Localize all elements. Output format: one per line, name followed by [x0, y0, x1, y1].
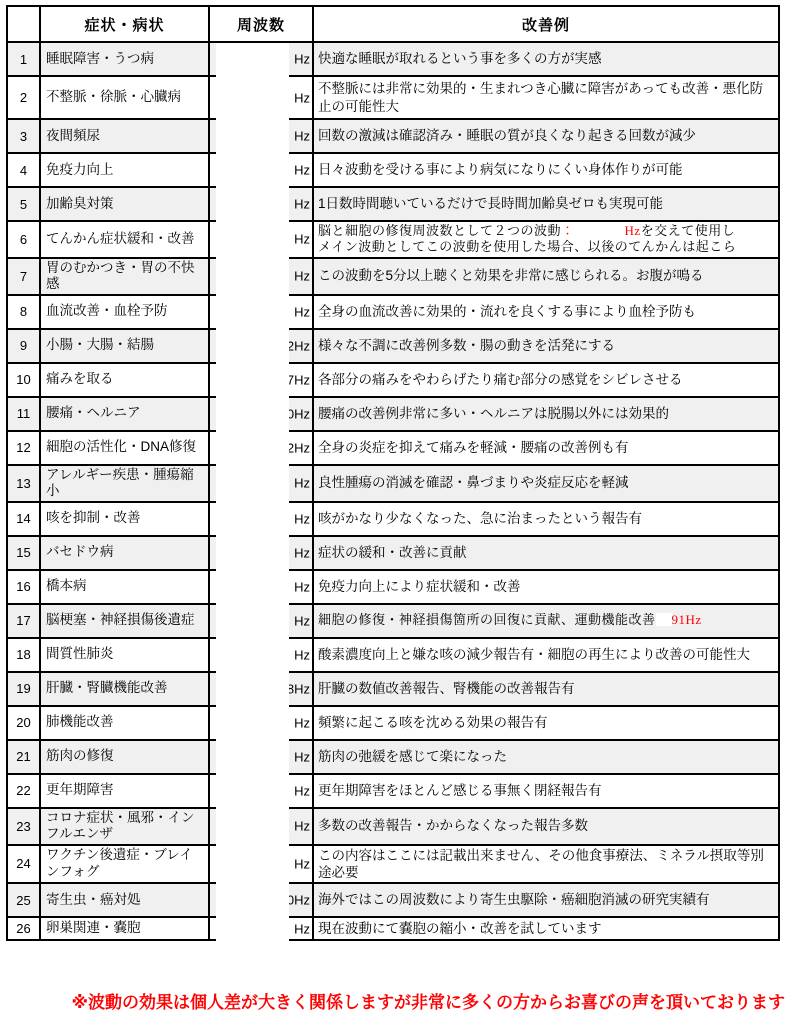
table-row: 21 筋肉の修復 Hz 筋肉の弛緩を感じて楽になった	[7, 740, 779, 774]
symptom-cell: 橋本病	[40, 570, 209, 604]
improvement-cell: この波動を5分以上聴くと効果を非常に感じられる。お腹が鳴る	[313, 258, 779, 295]
row-number: 1	[7, 42, 40, 76]
symptom-cell: 小腸・大腸・結腸	[40, 329, 209, 363]
table-row: 15 バセドウ病 7 Hz 症状の緩和・改善に貢献	[7, 536, 779, 570]
table-row: 3 夜間頻尿 Hz 回数の激減は確認済み・睡眠の質が良くなり起きる回数が減少	[7, 119, 779, 153]
row-number: 16	[7, 570, 40, 604]
frequency-fragment-right: Hz	[294, 921, 310, 936]
improvement-cell: 筋肉の弛緩を感じて楽になった	[313, 740, 779, 774]
frequency-fragment-right: Hz	[294, 613, 310, 628]
symptom-cell: てんかん症状緩和・改善	[40, 221, 209, 258]
table-body: 1 睡眠障害・うつ病 Hz 快適な睡眠が取れるという事を多くの方が実感 2 不整…	[7, 42, 779, 940]
improvement-cell: 症状の緩和・改善に貢献	[313, 536, 779, 570]
frequency-fragment-right: Hz	[294, 197, 310, 212]
symptom-cell: コロナ症状・風邪・インフルエンザ	[40, 808, 209, 845]
symptom-cell: 痛みを取る	[40, 363, 209, 397]
row-number: 11	[7, 397, 40, 431]
table-row: 26 卵巣関連・嚢胞 Hz 現在波動にて嚢胞の縮小・改善を試しています	[7, 917, 779, 940]
table-row: 18 間質性肺炎 5 Hz 酸素濃度向上と嫌な咳の減少報告有・細胞の再生により改…	[7, 638, 779, 672]
table-row: 11 腰痛・ヘルニア 5 0Hz 腰痛の改善例非常に多い・ヘルニアは脱腸以外には…	[7, 397, 779, 431]
row-number: 18	[7, 638, 40, 672]
row-number: 25	[7, 883, 40, 917]
improvement-text-red: Hz	[625, 223, 641, 238]
improvement-text-red: 91Hz	[672, 612, 702, 627]
table-row: 24 ワクチン後遺症・ブレインフォグ Hz この内容はここには記載出来ません、そ…	[7, 845, 779, 884]
header-symptom: 症状・病状	[40, 6, 209, 42]
row-number: 26	[7, 917, 40, 940]
symptom-cell: 咳を抑制・改善	[40, 502, 209, 536]
symptom-cell: 更年期障害	[40, 774, 209, 808]
row-number: 20	[7, 706, 40, 740]
row-number: 13	[7, 465, 40, 502]
redacted-gap	[575, 224, 625, 237]
improvement-cell: 酸素濃度向上と嫌な咳の減少報告有・細胞の再生により改善の可能性大	[313, 638, 779, 672]
table-row: 9 小腸・大腸・結腸 2Hz 様々な不調に改善例多数・腸の動きを活発にする	[7, 329, 779, 363]
table-row: 6 てんかん症状緩和・改善 Hz 脳と細胞の修復周波数として２つの波動：Hzを交…	[7, 221, 779, 258]
improvement-cell: 現在波動にて嚢胞の縮小・改善を試しています	[313, 917, 779, 940]
row-number: 17	[7, 604, 40, 638]
symptom-cell: 胃のむかつき・胃の不快感	[40, 258, 209, 295]
frequency-fragment-right: 2Hz	[287, 440, 310, 455]
table-row: 25 寄生虫・癌対処 0Hz 海外ではこの周波数により寄生虫駆除・癌細胞消滅の研…	[7, 883, 779, 917]
row-number: 5	[7, 187, 40, 221]
symptom-cell: 卵巣関連・嚢胞	[40, 917, 209, 940]
row-number: 23	[7, 808, 40, 845]
symptom-cell: 不整脈・徐脈・心臓病	[40, 76, 209, 119]
improvement-cell: 肝臓の数値改善報告、腎機能の改善報告有	[313, 672, 779, 706]
improvement-cell: 腰痛の改善例非常に多い・ヘルニアは脱腸以外には効果的	[313, 397, 779, 431]
symptom-cell: 肺機能改善	[40, 706, 209, 740]
row-number: 14	[7, 502, 40, 536]
symptom-cell: 細胞の活性化・DNA修復	[40, 431, 209, 465]
table-row: 12 細胞の活性化・DNA修復 2Hz 全身の炎症を抑えて痛みを軽減・腰痛の改善…	[7, 431, 779, 465]
row-number: 19	[7, 672, 40, 706]
table-row: 5 加齢臭対策 Hz 1日数時間聴いているだけで長時間加齢臭ゼロも実現可能	[7, 187, 779, 221]
header-row: 症状・病状 周波数 改善例	[7, 6, 779, 42]
row-number: 15	[7, 536, 40, 570]
frequency-fragment-right: 2Hz	[287, 338, 310, 353]
symptom-cell: 筋肉の修復	[40, 740, 209, 774]
header-improvement: 改善例	[313, 6, 779, 42]
row-number: 7	[7, 258, 40, 295]
symptom-cell: 肝臓・腎臓機能改善	[40, 672, 209, 706]
symptom-cell: 腰痛・ヘルニア	[40, 397, 209, 431]
improvement-cell: 良性腫瘍の消滅を確認・鼻づまりや炎症反応を軽減	[313, 465, 779, 502]
improvement-cell: 細胞の修復・神経損傷箇所の回復に貢献、運動機能改善91Hz	[313, 604, 779, 638]
improvement-cell: 全身の炎症を抑えて痛みを軽減・腰痛の改善例も有	[313, 431, 779, 465]
row-number: 22	[7, 774, 40, 808]
frequency-redaction-mask	[216, 43, 289, 981]
table-row: 19 肝臓・腎臓機能改善 8Hz 肝臓の数値改善報告、腎機能の改善報告有	[7, 672, 779, 706]
improvement-cell: 免疫力向上により症状緩和・改善	[313, 570, 779, 604]
table-row: 23 コロナ症状・風邪・インフルエンザ Hz 多数の改善報告・かからなくなった報…	[7, 808, 779, 845]
frequency-fragment-right: 0Hz	[287, 893, 310, 908]
frequency-fragment-right: Hz	[294, 819, 310, 834]
row-number: 3	[7, 119, 40, 153]
frequency-fragment-right: Hz	[294, 749, 310, 764]
table-row: 7 胃のむかつき・胃の不快感 Hz この波動を5分以上聴くと効果を非常に感じられ…	[7, 258, 779, 295]
improvement-cell: この内容はここには記載出来ません、その他食事療法、ミネラル摂取等別途必要	[313, 845, 779, 884]
improvement-cell: 各部分の痛みをやわらげたり痛む部分の感覚をシビレさせる	[313, 363, 779, 397]
table-row: 4 免疫力向上 Hz 日々波動を受ける事により病気になりにくい身体作りが可能	[7, 153, 779, 187]
frequency-fragment-right: 0Hz	[287, 406, 310, 421]
improvement-cell: 日々波動を受ける事により病気になりにくい身体作りが可能	[313, 153, 779, 187]
header-frequency: 周波数	[209, 6, 313, 42]
table-row: 1 睡眠障害・うつ病 Hz 快適な睡眠が取れるという事を多くの方が実感	[7, 42, 779, 76]
symptom-cell: 血流改善・血栓予防	[40, 295, 209, 329]
table-row: 17 脳梗塞・神経損傷後遺症 2 Hz 細胞の修復・神経損傷箇所の回復に貢献、運…	[7, 604, 779, 638]
improvement-cell: 脳と細胞の修復周波数として２つの波動：Hzを交えて使用しメイン波動としてこの波動…	[313, 221, 779, 258]
redacted-gap	[656, 613, 672, 626]
improvement-cell: 海外ではこの周波数により寄生虫駆除・癌細胞消滅の研究実績有	[313, 883, 779, 917]
row-number: 6	[7, 221, 40, 258]
table-row: 8 血流改善・血栓予防 Hz 全身の血流改善に効果的・流れを良くする事により血栓…	[7, 295, 779, 329]
symptom-cell: 免疫力向上	[40, 153, 209, 187]
improvement-cell: 様々な不調に改善例多数・腸の動きを活発にする	[313, 329, 779, 363]
symptom-cell: 脳梗塞・神経損傷後遺症	[40, 604, 209, 638]
improvement-cell: 頻繁に起こる咳を沈める効果の報告有	[313, 706, 779, 740]
table-row: 10 痛みを取る 7Hz 各部分の痛みをやわらげたり痛む部分の感覚をシビレさせる	[7, 363, 779, 397]
symptom-cell: 夜間頻尿	[40, 119, 209, 153]
symptom-cell: ワクチン後遺症・ブレインフォグ	[40, 845, 209, 884]
frequency-fragment-right: Hz	[294, 129, 310, 144]
improvement-cell: 1日数時間聴いているだけで長時間加齢臭ゼロも実現可能	[313, 187, 779, 221]
row-number: 10	[7, 363, 40, 397]
frequency-fragment-right: Hz	[294, 269, 310, 284]
improvement-cell: 咳がかなり少なくなった、急に治まったという報告有	[313, 502, 779, 536]
frequency-fragment-right: Hz	[294, 783, 310, 798]
improvement-cell: 不整脈には非常に効果的・生まれつき心臓に障害があっても改善・悪化防止の可能性大	[313, 76, 779, 119]
improvement-text: を交えて使用し	[641, 223, 736, 238]
table-row: 14 咳を抑制・改善 Hz 咳がかなり少なくなった、急に治まったという報告有	[7, 502, 779, 536]
row-number: 24	[7, 845, 40, 884]
improvement-cell: 回数の激減は確認済み・睡眠の質が良くなり起きる回数が減少	[313, 119, 779, 153]
table-row: 16 橋本病 4 Hz 免疫力向上により症状緩和・改善	[7, 570, 779, 604]
row-number: 21	[7, 740, 40, 774]
symptom-cell: 睡眠障害・うつ病	[40, 42, 209, 76]
frequency-fragment-right: Hz	[294, 163, 310, 178]
symptom-cell: 加齢臭対策	[40, 187, 209, 221]
table-row: 2 不整脈・徐脈・心臓病 Hz 不整脈には非常に効果的・生まれつき心臓に障害があ…	[7, 76, 779, 119]
table-row: 20 肺機能改善 2 Hz 頻繁に起こる咳を沈める効果の報告有	[7, 706, 779, 740]
frequency-fragment-right: Hz	[294, 304, 310, 319]
footer-disclaimer: ※波動の効果は個人差が大きく関係しますが非常に多くの方からお喜びの声を頂いており…	[71, 988, 785, 1013]
table-row: 22 更年期障害 5 Hz 更年期障害をほとんど感じる事無く閉経報告有	[7, 774, 779, 808]
frequency-fragment-right: Hz	[294, 579, 310, 594]
improvement-cell: 更年期障害をほとんど感じる事無く閉経報告有	[313, 774, 779, 808]
row-number: 8	[7, 295, 40, 329]
table-row: 13 アレルギー疾患・腫瘍縮小 Hz 良性腫瘍の消滅を確認・鼻づまりや炎症反応を…	[7, 465, 779, 502]
improvement-cell: 快適な睡眠が取れるという事を多くの方が実感	[313, 42, 779, 76]
symptom-cell: バセドウ病	[40, 536, 209, 570]
frequency-improvement-table: 症状・病状 周波数 改善例 1 睡眠障害・うつ病 Hz 快適な睡眠が取れるという…	[6, 5, 780, 941]
frequency-fragment-right: Hz	[294, 647, 310, 662]
improvement-text-red: ：	[561, 223, 575, 238]
frequency-fragment-right: Hz	[294, 476, 310, 491]
frequency-fragment-right: Hz	[294, 715, 310, 730]
frequency-fragment-right: Hz	[294, 545, 310, 560]
header-number	[7, 6, 40, 42]
frequency-fragment-right: Hz	[294, 52, 310, 67]
improvement-text: 細胞の修復・神経損傷箇所の回復に貢献、運動機能改善	[318, 612, 656, 627]
frequency-fragment-right: Hz	[294, 511, 310, 526]
row-number: 4	[7, 153, 40, 187]
improvement-text: メイン波動としてこの波動を使用した場合、以後のてんかんは起こら	[318, 239, 736, 254]
row-number: 12	[7, 431, 40, 465]
improvement-cell: 多数の改善報告・かからなくなった報告多数	[313, 808, 779, 845]
frequency-fragment-right: 7Hz	[287, 372, 310, 387]
improvement-cell: 全身の血流改善に効果的・流れを良くする事により血栓予防も	[313, 295, 779, 329]
symptom-cell: 間質性肺炎	[40, 638, 209, 672]
symptom-cell: 寄生虫・癌対処	[40, 883, 209, 917]
improvement-text: 脳と細胞の修復周波数として２つの波動	[318, 223, 561, 238]
frequency-fragment-right: Hz	[294, 90, 310, 105]
row-number: 2	[7, 76, 40, 119]
row-number: 9	[7, 329, 40, 363]
symptom-cell: アレルギー疾患・腫瘍縮小	[40, 465, 209, 502]
frequency-fragment-right: Hz	[294, 232, 310, 247]
frequency-fragment-right: 8Hz	[287, 681, 310, 696]
frequency-fragment-right: Hz	[294, 856, 310, 871]
spreadsheet-page: 症状・病状 周波数 改善例 1 睡眠障害・うつ病 Hz 快適な睡眠が取れるという…	[0, 0, 786, 1024]
